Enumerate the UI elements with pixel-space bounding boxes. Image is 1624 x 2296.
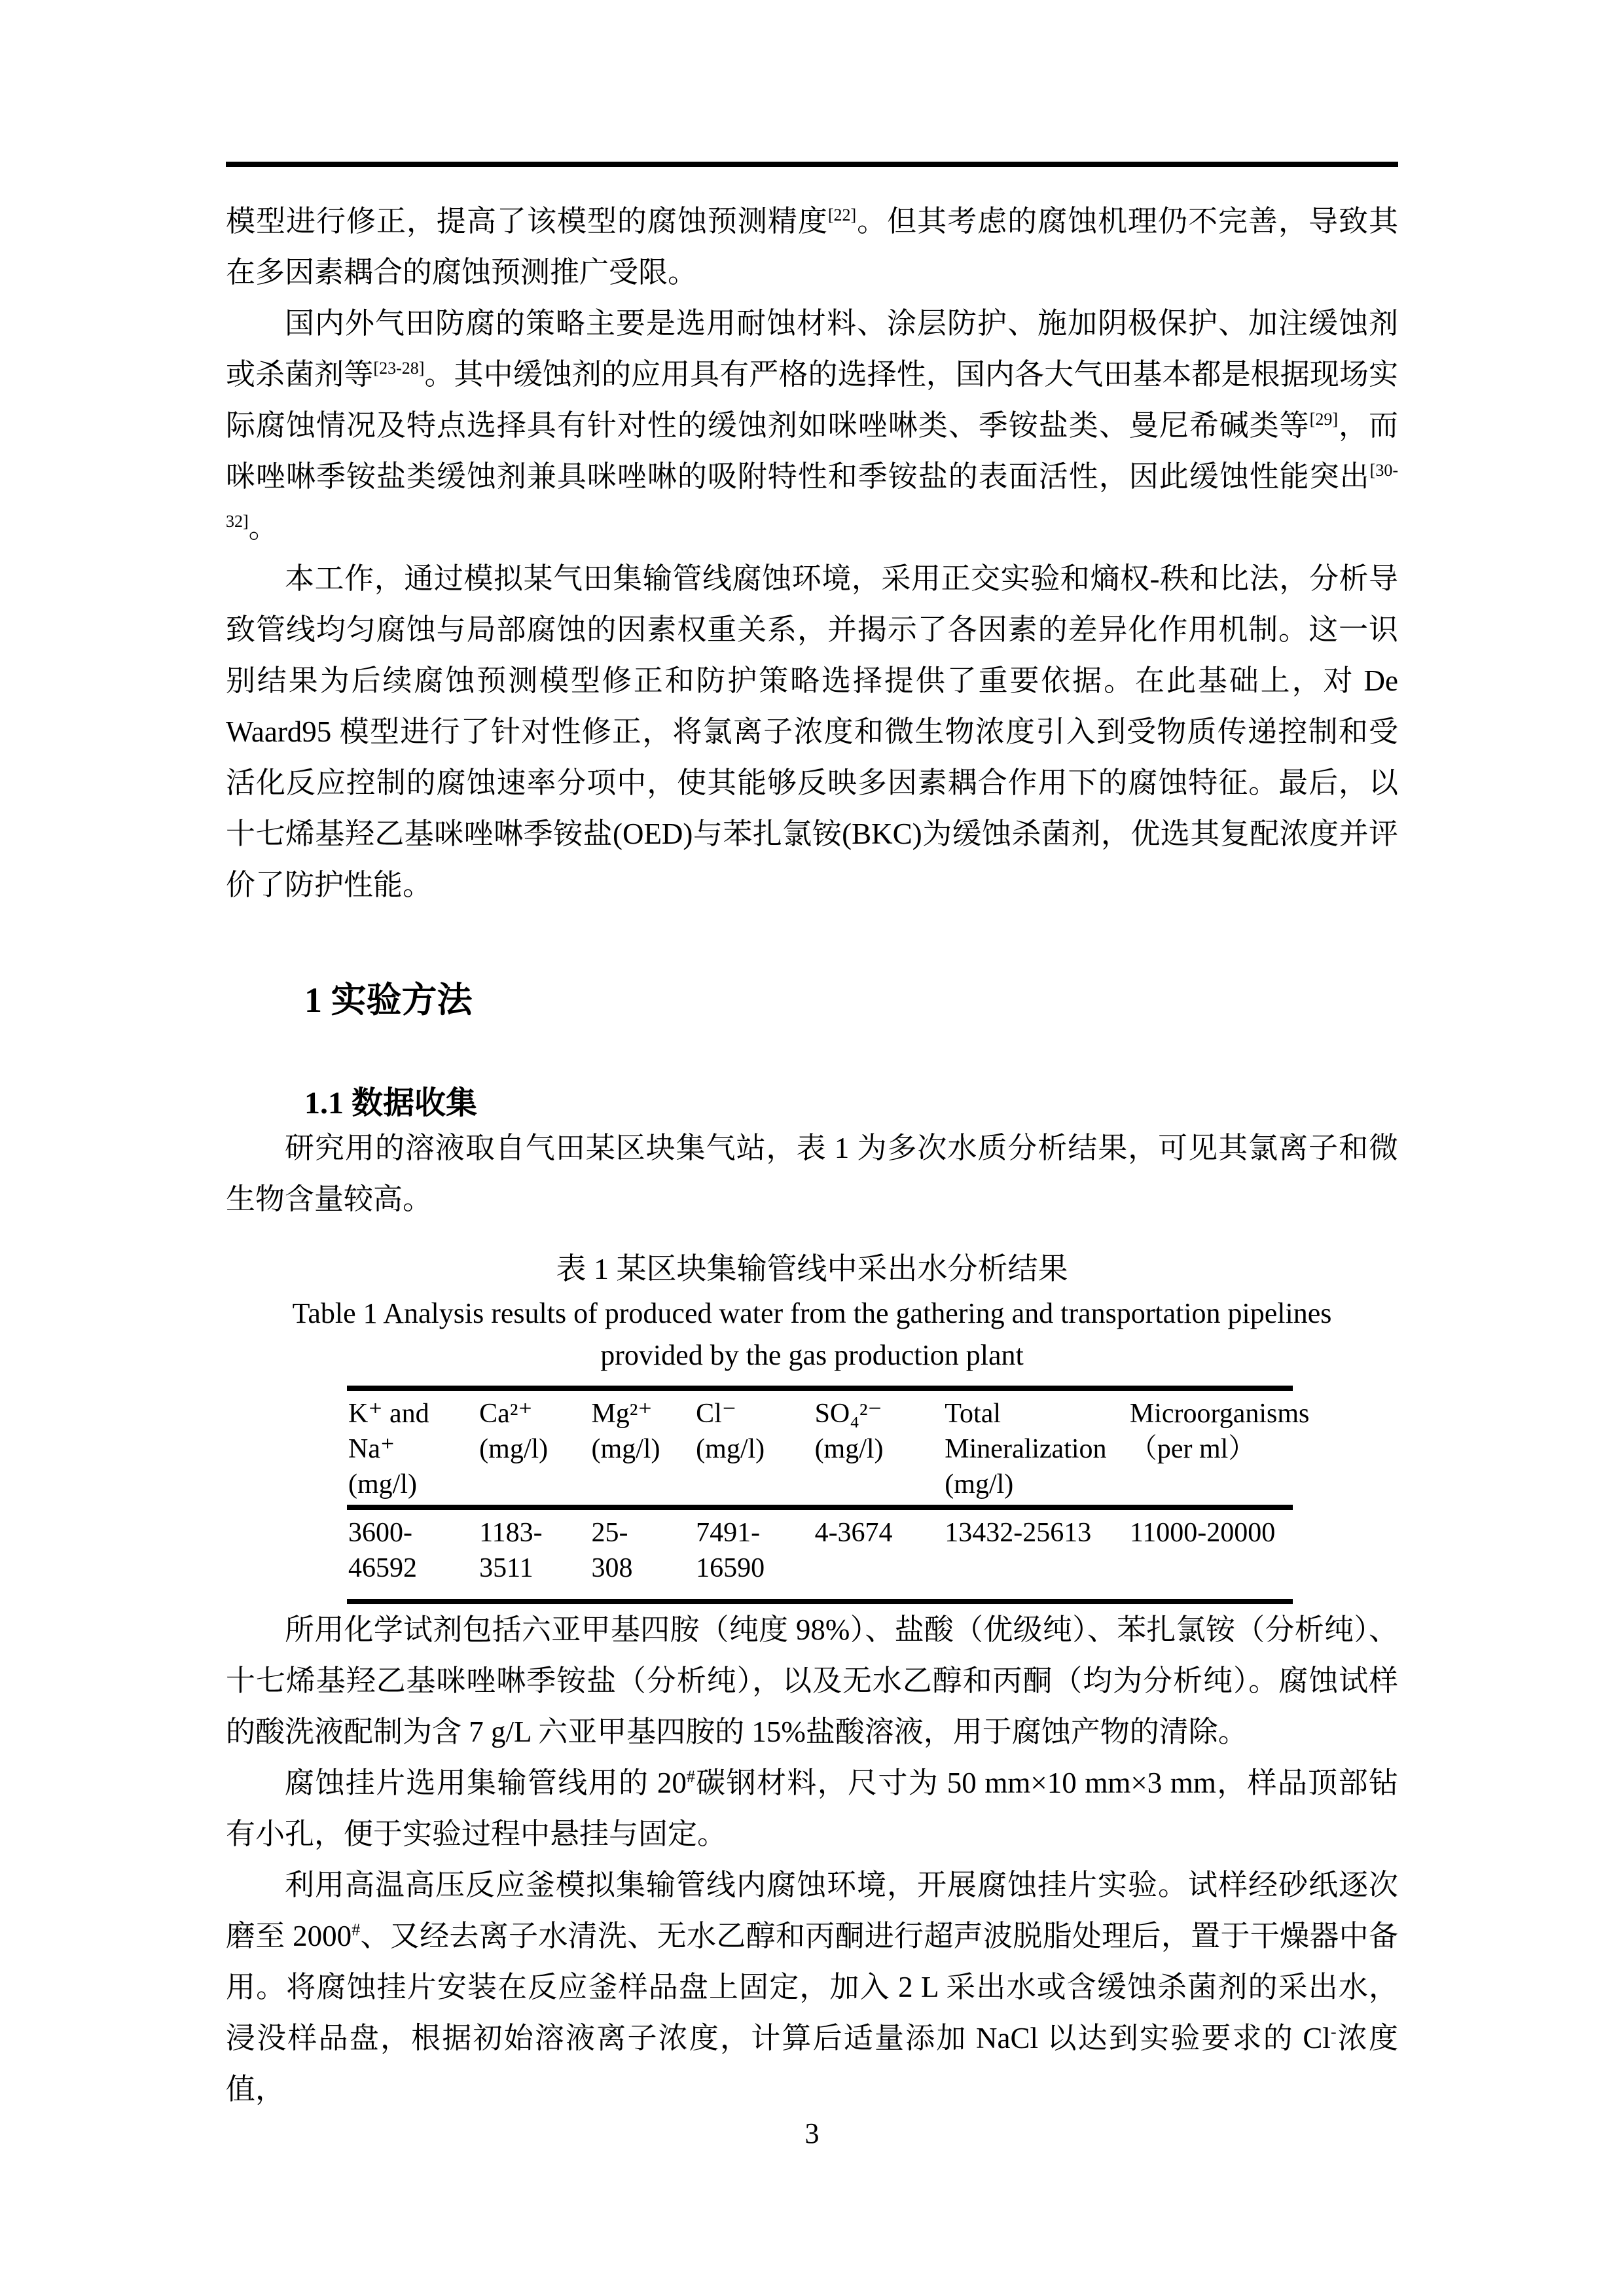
table-cell: 25- 308 [590,1507,695,1602]
column-header: Mg²⁺ (mg/l) [590,1388,695,1507]
reference-superscript: [23-28] [373,359,424,378]
produced-water-table: K⁺ and Na⁺ (mg/l)Ca²⁺ (mg/l)Mg²⁺ (mg/l)C… [347,1386,1293,1604]
text-run: 腐蚀挂片选用集输管线用的 20 [285,1767,687,1799]
table-row: 3600- 465921183- 351125- 3087491- 165904… [347,1507,1293,1602]
text-run: 所用化学试剂包括六亚甲基四胺（纯度 98%）、盐酸（优级纯）、苯扎氯铵（分析纯）… [226,1613,1398,1748]
paragraph: 利用高温高压反应釜模拟集输管线内腐蚀环境，开展腐蚀挂片实验。试样经砂纸逐次磨至 … [226,1859,1398,2115]
paragraph: 模型进行修正，提高了该模型的腐蚀预测精度[22]。但其考虑的腐蚀机理仍不完善，导… [226,196,1398,298]
column-header: SO₄²⁻ (mg/l) [814,1388,944,1507]
table-caption-en: Table 1 Analysis results of produced wat… [226,1293,1398,1376]
table-cell: 7491- 16590 [695,1507,813,1602]
text-run: 模型进行修正，提高了该模型的腐蚀预测精度 [226,205,828,238]
paragraph: 研究用的溶液取自气田某区块集气站，表 1 为多次水质分析结果，可见其氯离子和微生… [226,1122,1398,1225]
page-content: 模型进行修正，提高了该模型的腐蚀预测精度[22]。但其考虑的腐蚀机理仍不完善，导… [226,0,1398,2115]
table-header-row: K⁺ and Na⁺ (mg/l)Ca²⁺ (mg/l)Mg²⁺ (mg/l)C… [347,1388,1293,1507]
column-header: K⁺ and Na⁺ (mg/l) [347,1388,478,1507]
document-page: 模型进行修正，提高了该模型的腐蚀预测精度[22]。但其考虑的腐蚀机理仍不完善，导… [0,0,1624,2296]
text-run: 。 [249,511,278,544]
text-run: 、又经去离子水清洗、无水乙醇和丙酮进行超声波脱脂处理后，置于干燥器中备用。将腐蚀… [226,1920,1398,2054]
text-run: 研究用的溶液取自气田某区块集气站，表 1 为多次水质分析结果，可见其氯离子和微生… [226,1132,1398,1215]
reference-superscript: # [352,1920,360,1939]
reference-superscript: # [687,1767,695,1786]
column-header: Ca²⁺ (mg/l) [478,1388,590,1507]
table-cell: 4-3674 [814,1507,944,1602]
table-caption-zh: 表 1 某区块集输管线中采出水分析结果 [226,1249,1398,1289]
paragraph: 所用化学试剂包括六亚甲基四胺（纯度 98%）、盐酸（优级纯）、苯扎氯铵（分析纯）… [226,1604,1398,1757]
table-cell: 3600- 46592 [347,1507,478,1602]
section-heading: 1 实验方法 [226,978,1398,1022]
page-header-rule [226,162,1398,167]
column-header: Cl⁻ (mg/l) [695,1388,813,1507]
table-cell: 13432-25613 [943,1507,1128,1602]
column-header: Microorganisms （per ml） [1128,1388,1293,1507]
subsection-heading: 1.1 数据收集 [226,1085,1398,1122]
text-run: 本工作，通过模拟某气田集输管线腐蚀环境，采用正交实验和熵权-秩和比法，分析导致管… [226,562,1398,901]
reference-superscript: [29] [1310,410,1338,429]
table-cell: 11000-20000 [1128,1507,1293,1602]
reference-superscript: - [1331,2022,1337,2041]
table-cell: 1183- 3511 [478,1507,590,1602]
paragraph: 腐蚀挂片选用集输管线用的 20#碳钢材料，尺寸为 50 mm×10 mm×3 m… [226,1757,1398,1859]
paragraph: 国内外气田防腐的策略主要是选用耐蚀材料、涂层防护、施加阴极保护、加注缓蚀剂或杀菌… [226,298,1398,553]
column-header: Total Mineralization (mg/l) [943,1388,1128,1507]
paragraph: 本工作，通过模拟某气田集输管线腐蚀环境，采用正交实验和熵权-秩和比法，分析导致管… [226,553,1398,910]
reference-superscript: [22] [828,206,856,224]
page-number: 3 [0,2117,1624,2150]
